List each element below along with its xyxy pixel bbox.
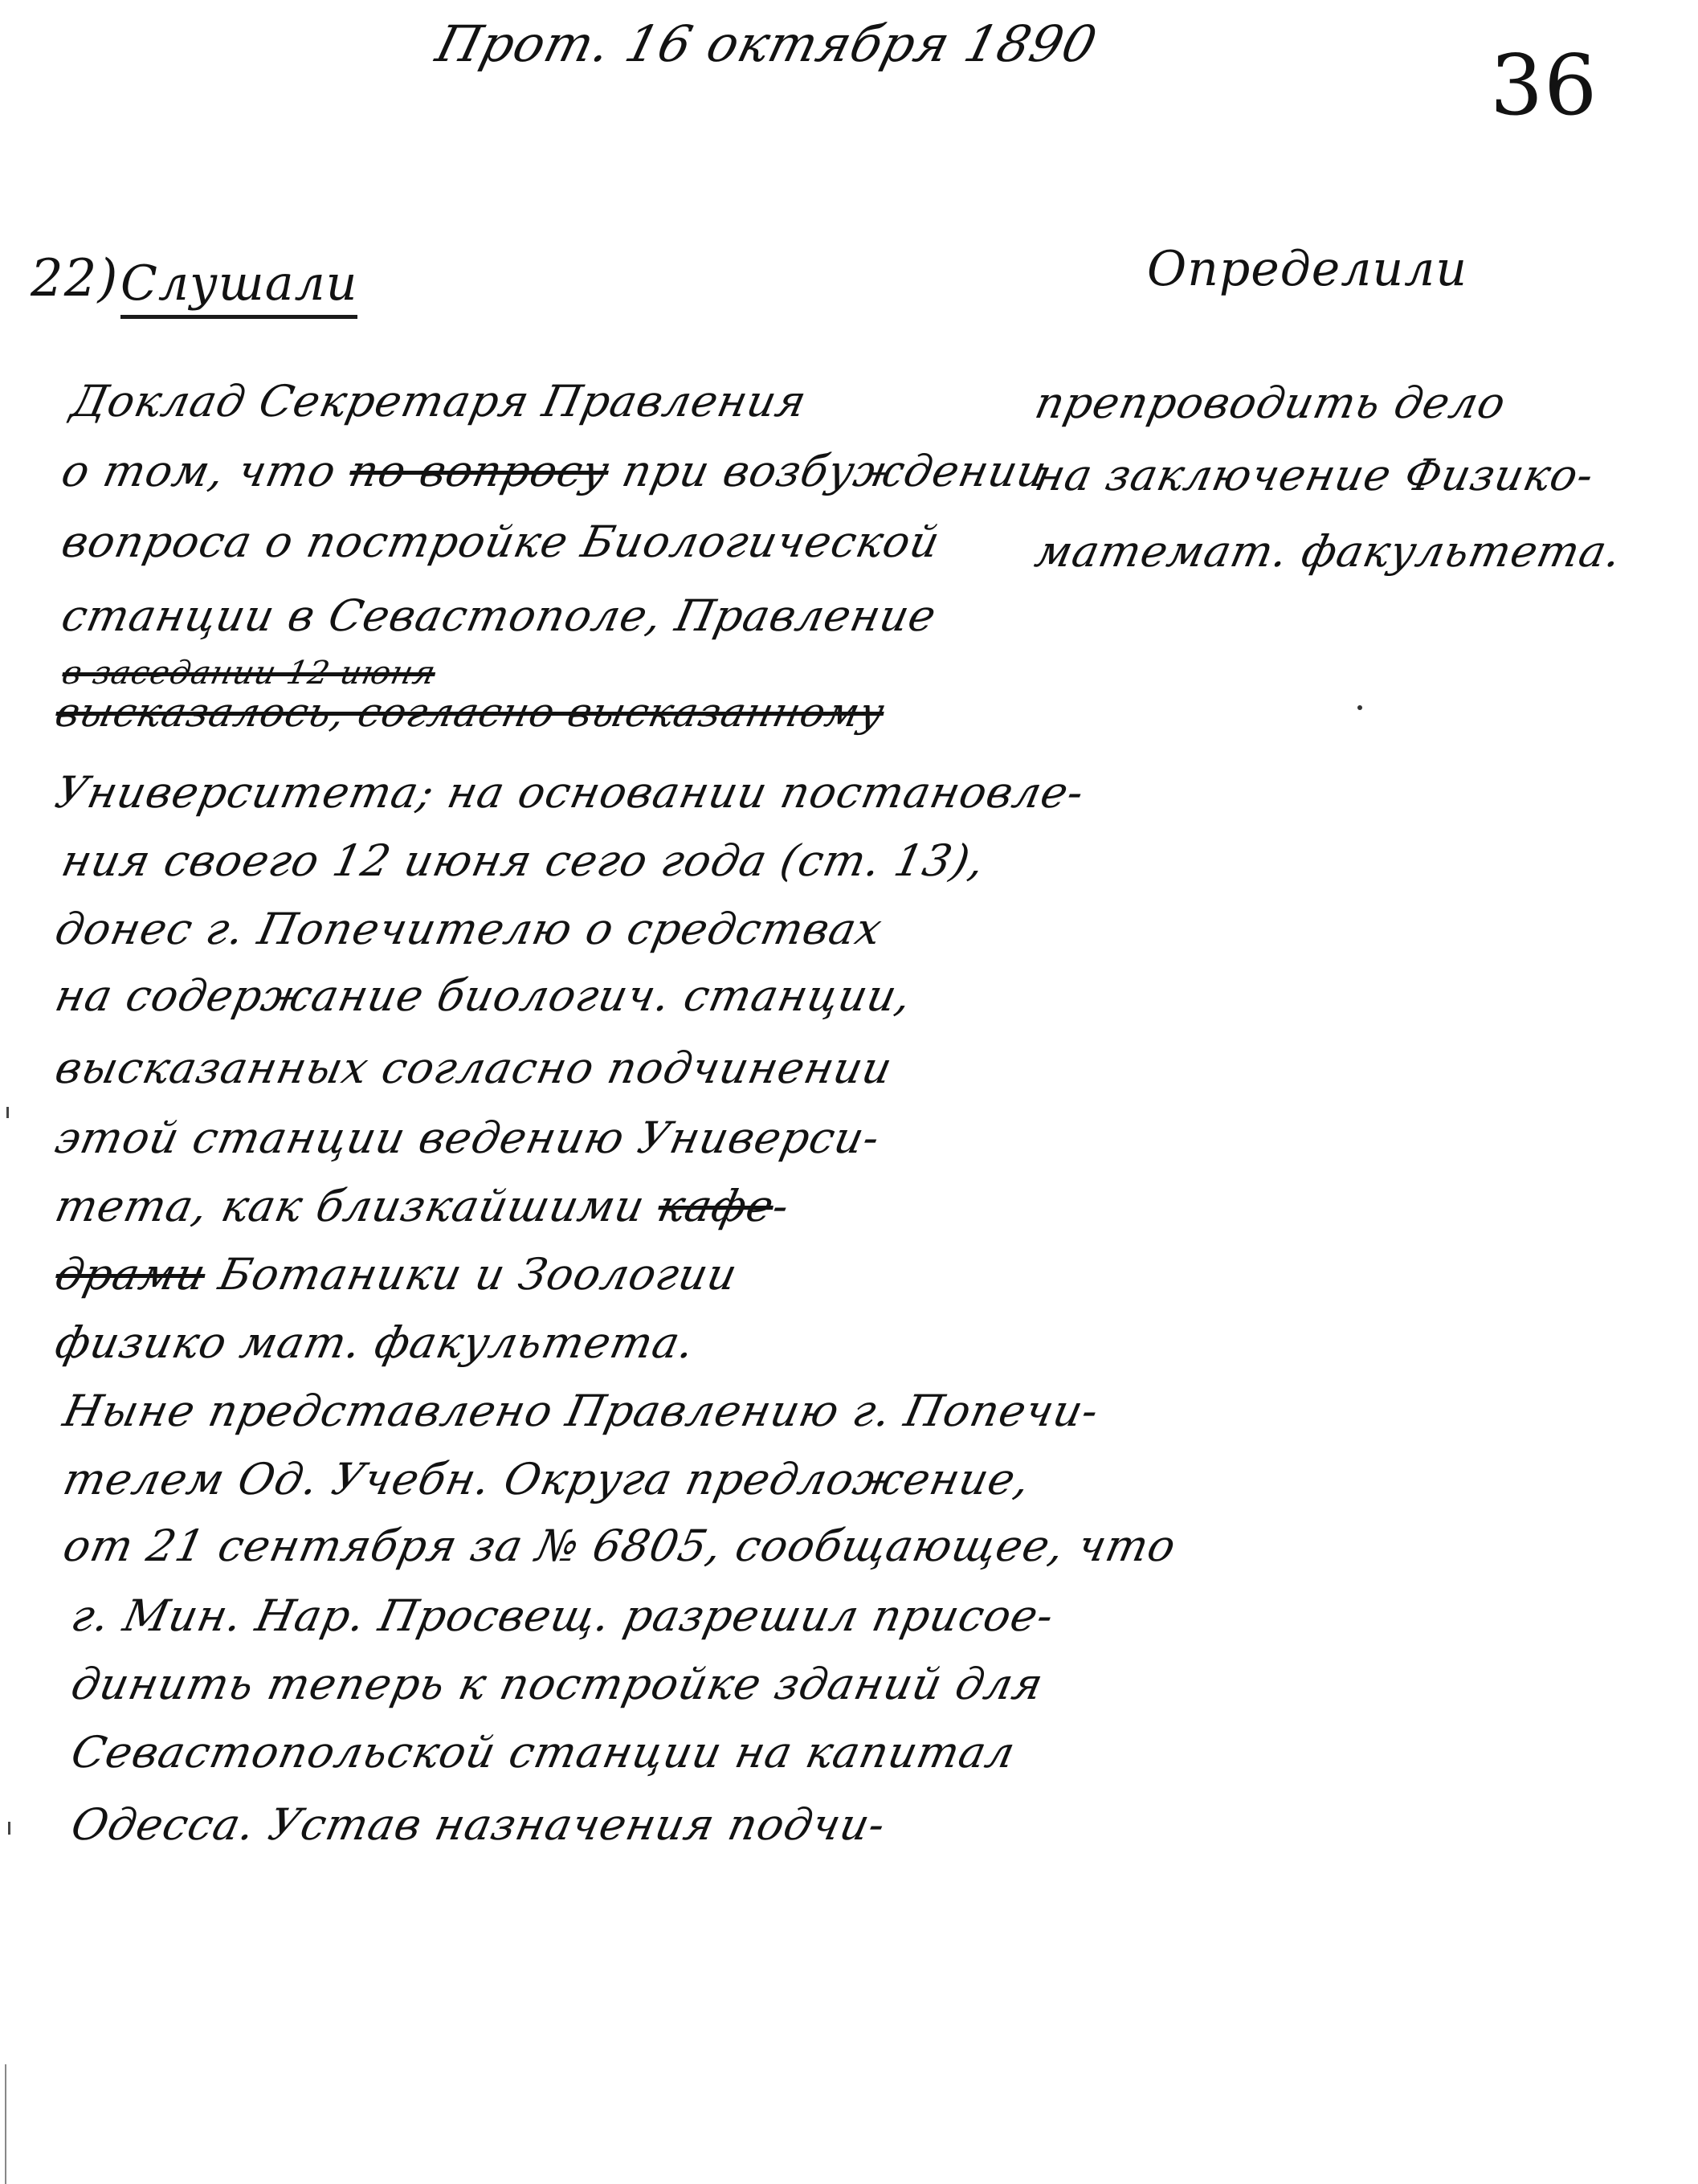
text-line: Одесса. Устав назначения подчи- <box>67 1799 890 1850</box>
decision-line: на заключение Физико- <box>1031 450 1598 500</box>
heading-heard: Слушали <box>120 255 357 319</box>
left-margin-mark <box>6 1107 9 1118</box>
text-line: Севастопольской станции на капитал <box>67 1727 1020 1778</box>
folio-number: 36 <box>1490 36 1598 134</box>
text-line: физико мат. факультета. <box>51 1317 700 1368</box>
text-line: этой станции ведению Универси- <box>51 1112 884 1163</box>
text-line: высказанных согласно подчинении <box>51 1043 897 1093</box>
text-line: Ныне представлено Правлению г. Попечи- <box>59 1386 1104 1436</box>
text-line: о том, что по вопросу при возбуждении <box>57 446 1051 496</box>
text-line: г. Мин. Нар. Просвещ. разрешил присое- <box>67 1590 1059 1641</box>
text-line: станции в Севастополе, Правление <box>57 590 941 641</box>
struck-line: высказалось, согласно высказанному <box>51 689 889 736</box>
left-margin-mark <box>8 1822 10 1835</box>
text-line: динить теперь к постройке зданий для <box>67 1659 1047 1709</box>
decision-line: математ. факультета. <box>1031 526 1627 577</box>
text-line: на содержание биологич. станции, <box>51 970 916 1021</box>
text-line: от 21 сентября за № 6805, сообщающее, чт… <box>59 1521 1181 1571</box>
item-number: 22) <box>31 249 118 308</box>
text-line: вопроса о постройке Биологической <box>57 516 945 567</box>
text-line: ния своего 12 июня сего года (ст. 13), <box>57 835 990 886</box>
left-margin-rule <box>5 2064 6 2184</box>
text-line: тета, как близкайшими кафе- <box>51 1181 794 1231</box>
protocol-header: Прот. 16 октября 1890 <box>431 14 1103 73</box>
text-line: Университета; на основании постановле- <box>51 767 1088 818</box>
text-line: донес г. Попечителю о средствах <box>51 904 887 954</box>
ink-speck <box>1357 705 1362 710</box>
struck-line: в заседании 12 июня <box>59 655 439 692</box>
heading-decided: Определили <box>1147 241 1467 297</box>
text-line: драми Ботаники и Зоологии <box>51 1249 742 1300</box>
text-line: телем Од. Учебн. Округа предложение, <box>59 1454 1035 1504</box>
decision-line: препроводить дело <box>1031 378 1510 428</box>
text-line: Доклад Секретаря Правления <box>67 376 811 427</box>
